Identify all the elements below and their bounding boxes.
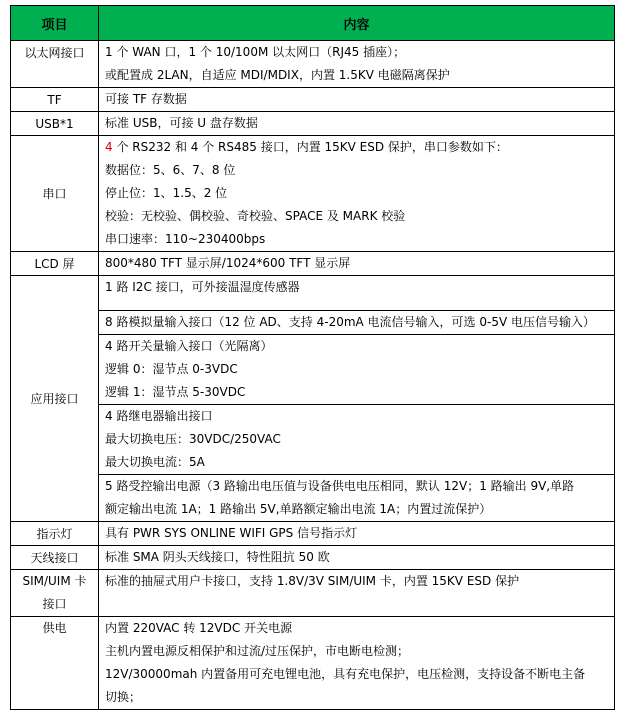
- header-content: 内容: [99, 6, 615, 41]
- content-app-power-out: 5 路受控输出电源（3 路输出电压值与设备供电电压相同，默认 12V；1 路输出…: [99, 475, 615, 522]
- item-antenna: 天线接口: [11, 546, 99, 570]
- item-tf: TF: [11, 88, 99, 112]
- row-app-analog: 8 路模拟量输入接口（12 位 AD、支持 4-20mA 电流信号输入，可选 0…: [11, 311, 615, 335]
- item-lcd: LCD 屏: [11, 252, 99, 276]
- item-usb: USB*1: [11, 112, 99, 136]
- content-tf: 可接 TF 存数据: [99, 88, 615, 112]
- row-app-i2c: 应用接口 1 路 I2C 接口，可外接温湿度传感器: [11, 276, 615, 311]
- item-ethernet: 以太网接口: [11, 41, 99, 88]
- item-sim: SIM/UIM 卡 接口: [11, 570, 99, 617]
- content-power: 内置 220VAC 转 12VDC 开关电源 主机内置电源反相保护和过流/过压保…: [99, 617, 615, 710]
- row-led: 指示灯 具有 PWR SYS ONLINE WIFI GPS 信号指示灯: [11, 522, 615, 546]
- item-app: 应用接口: [11, 276, 99, 522]
- header-item: 项目: [11, 6, 99, 41]
- row-tf: TF 可接 TF 存数据: [11, 88, 615, 112]
- content-serial: 4 个 RS232 和 4 个 RS485 接口，内置 15KV ESD 保护，…: [99, 136, 615, 252]
- row-sim: SIM/UIM 卡 接口 标准的抽屉式用户卡接口，支持 1.8V/3V SIM/…: [11, 570, 615, 617]
- row-app-relay: 4 路继电器输出接口 最大切换电压：30VDC/250VAC 最大切换电流：5A: [11, 405, 615, 475]
- content-ethernet: 1 个 WAN 口，1 个 10/100M 以太网口（RJ45 插座）； 或配置…: [99, 41, 615, 88]
- item-power: 供电: [11, 617, 99, 710]
- content-app-digital: 4 路开关量输入接口（光隔离） 逻辑 0：湿节点 0-3VDC 逻辑 1：湿节点…: [99, 335, 615, 405]
- content-app-analog: 8 路模拟量输入接口（12 位 AD、支持 4-20mA 电流信号输入，可选 0…: [99, 311, 615, 335]
- serial-count-highlight: 4: [105, 140, 113, 154]
- row-serial: 串口 4 个 RS232 和 4 个 RS485 接口，内置 15KV ESD …: [11, 136, 615, 252]
- row-app-power-out: 5 路受控输出电源（3 路输出电压值与设备供电电压相同，默认 12V；1 路输出…: [11, 475, 615, 522]
- row-ethernet: 以太网接口 1 个 WAN 口，1 个 10/100M 以太网口（RJ45 插座…: [11, 41, 615, 88]
- content-led: 具有 PWR SYS ONLINE WIFI GPS 信号指示灯: [99, 522, 615, 546]
- row-lcd: LCD 屏 800*480 TFT 显示屏/1024*600 TFT 显示屏: [11, 252, 615, 276]
- content-sim: 标准的抽屉式用户卡接口，支持 1.8V/3V SIM/UIM 卡，内置 15KV…: [99, 570, 615, 617]
- row-app-digital: 4 路开关量输入接口（光隔离） 逻辑 0：湿节点 0-3VDC 逻辑 1：湿节点…: [11, 335, 615, 405]
- content-app-i2c: 1 路 I2C 接口，可外接温湿度传感器: [99, 276, 615, 311]
- content-app-relay: 4 路继电器输出接口 最大切换电压：30VDC/250VAC 最大切换电流：5A: [99, 405, 615, 475]
- item-led: 指示灯: [11, 522, 99, 546]
- spec-table: 项目 内容 以太网接口 1 个 WAN 口，1 个 10/100M 以太网口（R…: [10, 5, 615, 710]
- content-usb: 标准 USB，可接 U 盘存数据: [99, 112, 615, 136]
- row-usb: USB*1 标准 USB，可接 U 盘存数据: [11, 112, 615, 136]
- header-row: 项目 内容: [11, 6, 615, 41]
- row-antenna: 天线接口 标准 SMA 阴头天线接口，特性阻抗 50 欧: [11, 546, 615, 570]
- row-power: 供电 内置 220VAC 转 12VDC 开关电源 主机内置电源反相保护和过流/…: [11, 617, 615, 710]
- content-antenna: 标准 SMA 阴头天线接口，特性阻抗 50 欧: [99, 546, 615, 570]
- item-serial: 串口: [11, 136, 99, 252]
- content-lcd: 800*480 TFT 显示屏/1024*600 TFT 显示屏: [99, 252, 615, 276]
